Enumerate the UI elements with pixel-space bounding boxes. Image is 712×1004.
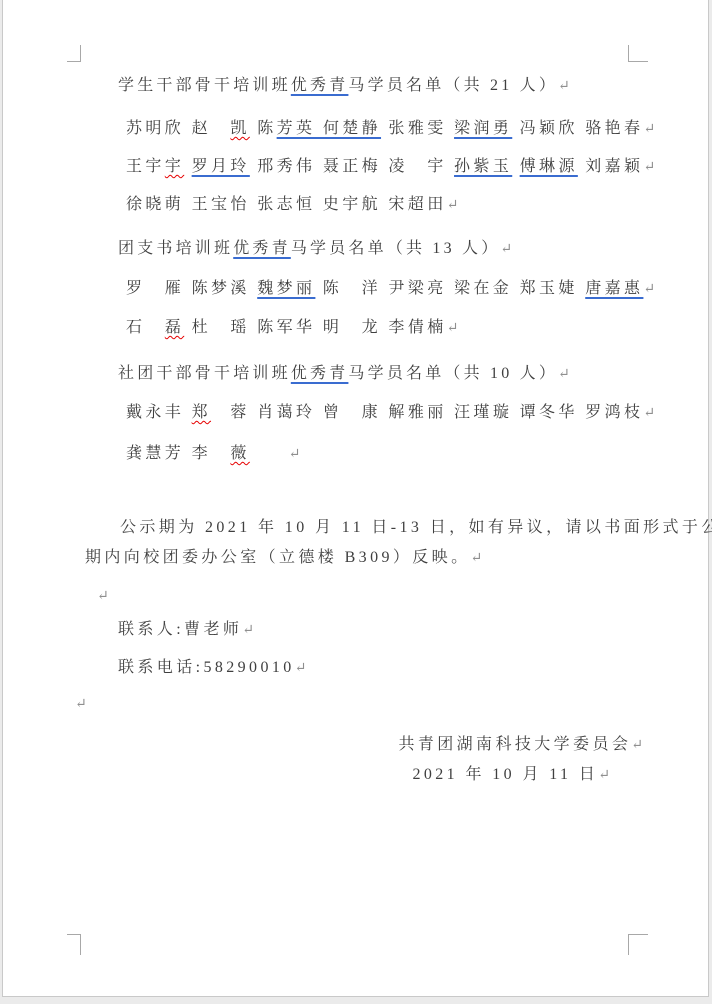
text-segment: 杜 瑶 陈军华 明 龙 李倩楠 — [184, 319, 446, 336]
name-row: 龚慧芳 李 薇 ↵ — [126, 444, 300, 465]
notice-line-1: 公示期为 2021 年 10 月 11 日-13 日，如有异议，请以书面形式于公… — [120, 518, 712, 538]
paragraph-mark: ↵ — [242, 623, 254, 638]
margin-crop-mark-bottom-right — [628, 934, 648, 955]
name-row: 石 磊 杜 瑶 陈军华 明 龙 李倩楠↵ — [126, 318, 458, 339]
misspelled-text: 凯 — [230, 120, 249, 137]
underlined-text: 孙紫玉 — [454, 158, 512, 175]
underlined-text: 优秀青 — [233, 240, 291, 257]
paragraph-mark: ↵ — [643, 282, 655, 297]
section-3-title: 社团干部骨干培训班优秀青马学员名单（共 10 人）↵ — [118, 364, 570, 385]
misspelled-text: 磊 — [165, 319, 184, 336]
text-segment: 陈 — [250, 120, 277, 137]
title-text: 社团干部骨干培训班 — [118, 365, 291, 382]
paragraph-mark: ↵ — [75, 697, 87, 712]
text-segment: 苏明欣 赵 — [126, 120, 230, 137]
paragraph-mark: ↵ — [558, 367, 570, 382]
text-segment: 邢秀伟 聂正梅 凌 宇 — [250, 158, 454, 175]
name-row: 王宇宇 罗月玲 邢秀伟 聂正梅 凌 宇 孙紫玉 傅琳源 刘嘉颖↵ — [126, 157, 655, 178]
title-text: 学生干部骨干培训班 — [118, 77, 291, 94]
name-row: 苏明欣 赵 凯 陈芳英 何楚静 张雅雯 梁润勇 冯颖欣 骆艳春↵ — [126, 119, 655, 140]
title-text: 马学员名单（共 10 人） — [348, 365, 558, 382]
paragraph-mark: ↵ — [598, 768, 610, 783]
title-text: 马学员名单（共 21 人） — [348, 77, 558, 94]
contact-person-line: 联系人:曹老师↵ — [118, 620, 254, 641]
paragraph-mark: ↵ — [643, 406, 655, 421]
contact-phone-line: 联系电话:58290010↵ — [118, 658, 306, 679]
empty-paragraph: ↵ — [75, 694, 87, 715]
margin-crop-mark-top-right — [628, 45, 648, 62]
text-segment: 共青团湖南科技大学委员会 — [398, 736, 631, 753]
text-segment: 徐晓萌 王宝怡 张志恒 史宇航 宋超田 — [126, 196, 447, 213]
text-segment: 王宇 — [126, 158, 165, 175]
title-text: 马学员名单（共 13 人） — [291, 240, 501, 257]
text-segment — [184, 158, 191, 175]
text-segment: 期内向校团委办公室（立德楼 B309）反映。 — [85, 549, 470, 566]
text-segment: 2021 年 10 月 11 日 — [412, 766, 598, 783]
text-segment: 蓉 肖蔼玲 曾 康 解雅丽 汪瑾璇 谭冬华 罗鸿枝 — [211, 404, 643, 421]
paragraph-mark: ↵ — [631, 738, 643, 753]
notice-line-2: 期内向校团委办公室（立德楼 B309）反映。↵ — [85, 548, 482, 569]
text-segment: 石 — [126, 319, 165, 336]
paragraph-mark: ↵ — [295, 661, 307, 676]
text-segment: 公示期为 2021 年 10 月 11 日-13 日，如有异议，请以书面形式于公… — [120, 519, 712, 536]
text-segment: 龚慧芳 李 — [126, 445, 230, 462]
signature-line: 共青团湖南科技大学委员会↵ — [398, 735, 643, 756]
date-line: 2021 年 10 月 11 日↵ — [412, 765, 610, 786]
text-segment: 陈 洋 尹梁亮 梁在金 郑玉婕 — [315, 280, 585, 297]
paragraph-mark: ↵ — [470, 551, 482, 566]
text-segment: 张雅雯 — [381, 120, 454, 137]
paragraph-mark: ↵ — [447, 321, 459, 336]
paragraph-mark: ↵ — [643, 160, 655, 175]
text-segment — [250, 445, 289, 462]
paragraph-mark: ↵ — [643, 122, 655, 137]
paragraph-mark: ↵ — [500, 242, 512, 257]
document-page: 学生干部骨干培训班优秀青马学员名单（共 21 人）↵ 苏明欣 赵 凯 陈芳英 何… — [2, 0, 709, 997]
text-segment: 罗 雁 陈梦溪 — [126, 280, 257, 297]
text-segment: 冯颖欣 骆艳春 — [512, 120, 643, 137]
paragraph-mark: ↵ — [558, 79, 570, 94]
misspelled-text: 宇 — [165, 158, 184, 175]
name-row: 罗 雁 陈梦溪 魏梦丽 陈 洋 尹梁亮 梁在金 郑玉婕 唐嘉惠↵ — [126, 279, 655, 300]
underlined-text: 优秀青 — [291, 77, 349, 94]
paragraph-mark: ↵ — [97, 589, 109, 604]
underlined-text: 傅琳源 — [520, 158, 578, 175]
underlined-text: 唐嘉惠 — [585, 280, 643, 297]
text-segment: 戴永丰 — [126, 404, 192, 421]
text-segment: 联系人:曹老师 — [118, 621, 242, 638]
paragraph-mark: ↵ — [447, 198, 459, 213]
name-row: 戴永丰 郑 蓉 肖蔼玲 曾 康 解雅丽 汪瑾璇 谭冬华 罗鸿枝↵ — [126, 403, 655, 424]
misspelled-text: 薇 — [230, 445, 249, 462]
paragraph-mark: ↵ — [289, 447, 301, 462]
section-1-title: 学生干部骨干培训班优秀青马学员名单（共 21 人）↵ — [118, 76, 570, 97]
underlined-text: 优秀青 — [291, 365, 349, 382]
text-segment — [512, 158, 519, 175]
underlined-text: 魏梦丽 — [257, 280, 315, 297]
margin-crop-mark-bottom-left — [67, 934, 81, 955]
underlined-text: 罗月玲 — [192, 158, 250, 175]
document-viewport: { "meta": { "return_mark": "↵", "colors"… — [0, 0, 712, 1004]
section-2-title: 团支书培训班优秀青马学员名单（共 13 人）↵ — [118, 239, 512, 260]
name-row: 徐晓萌 王宝怡 张志恒 史宇航 宋超田↵ — [126, 195, 458, 216]
title-text: 团支书培训班 — [118, 240, 233, 257]
text-segment: 刘嘉颖 — [578, 158, 644, 175]
text-segment: 联系电话:58290010 — [118, 659, 295, 676]
misspelled-text: 郑 — [192, 404, 211, 421]
margin-crop-mark-top-left — [67, 45, 81, 62]
empty-paragraph: ↵ — [97, 586, 109, 607]
underlined-text: 芳英 何楚静 — [277, 120, 381, 137]
underlined-text: 梁润勇 — [454, 120, 512, 137]
